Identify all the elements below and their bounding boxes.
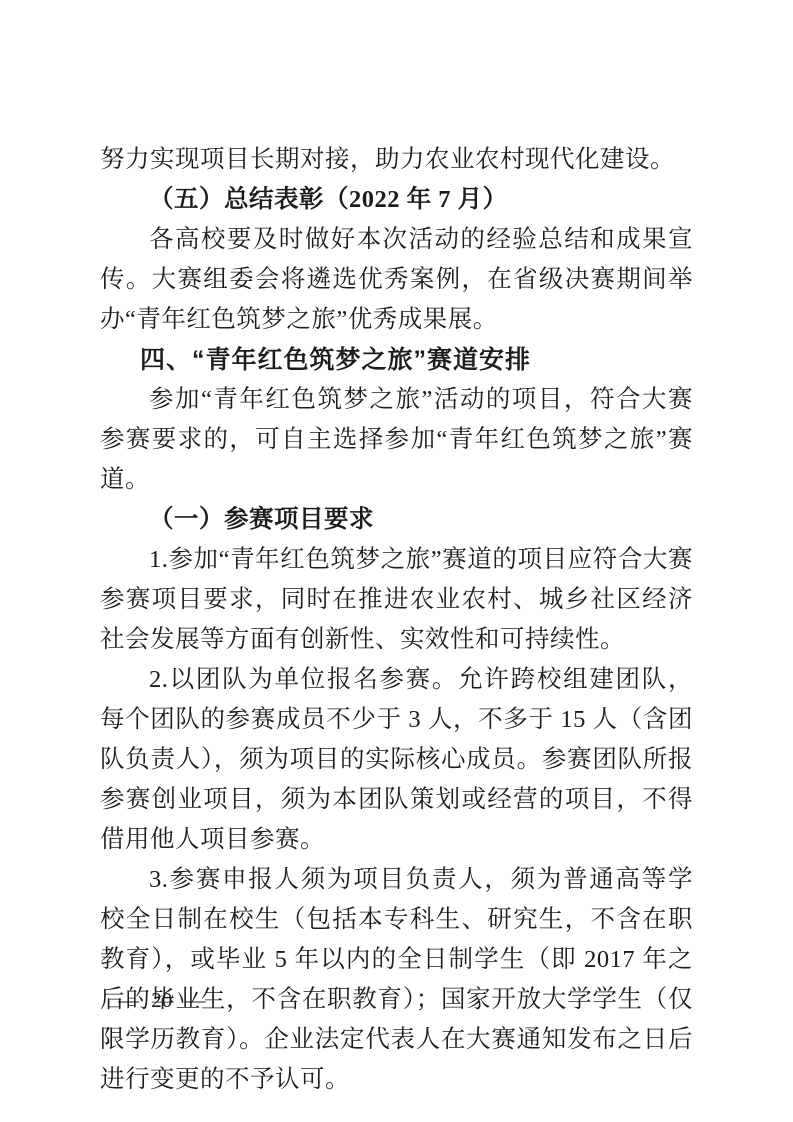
paragraph-summary: 各高校要及时做好本次活动的经验总结和成果宣传。大赛组委会将遴选优秀案例，在省级决… xyxy=(100,220,693,340)
subsection-heading-summary-commendation: （五）总结表彰（2022 年 7 月） xyxy=(100,180,693,220)
paragraph-continuation: 努力实现项目长期对接，助力农业农村现代化建设。 xyxy=(100,140,693,180)
paragraph-track-intro: 参加“青年红色筑梦之旅”活动的项目，符合大赛参赛要求的，可自主选择参加“青年红色… xyxy=(100,380,693,500)
paragraph-requirement-1: 1.参加“青年红色筑梦之旅”赛道的项目应符合大赛参赛项目要求，同时在推进农业农村… xyxy=(100,540,693,660)
subsection-heading-project-requirements: （一）参赛项目要求 xyxy=(100,500,693,540)
document-body: 努力实现项目长期对接，助力农业农村现代化建设。 （五）总结表彰（2022 年 7… xyxy=(100,140,693,1100)
section-heading-red-journey-track: 四、“青年红色筑梦之旅”赛道安排 xyxy=(100,340,693,380)
document-page: 努力实现项目长期对接，助力农业农村现代化建设。 （五）总结表彰（2022 年 7… xyxy=(0,0,793,1122)
page-footer: — 20 — xyxy=(118,988,206,1012)
page-number: — 20 — xyxy=(118,988,206,1012)
paragraph-requirement-3: 3.参赛申报人须为项目负责人，须为普通高等学校全日制在校生（包括本专科生、研究生… xyxy=(100,860,693,1100)
paragraph-requirement-2: 2.以团队为单位报名参赛。允许跨校组建团队，每个团队的参赛成员不少于 3 人，不… xyxy=(100,660,693,860)
